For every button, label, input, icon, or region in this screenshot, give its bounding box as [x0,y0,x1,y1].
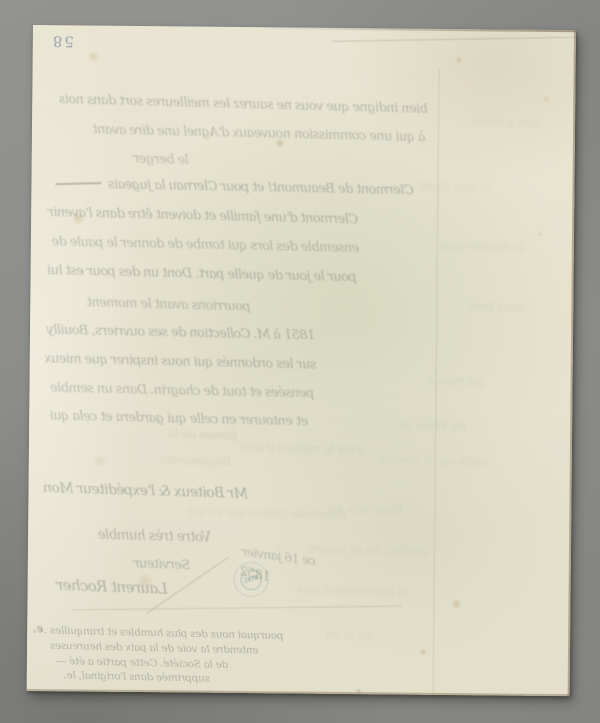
mirrored-handwriting-line: le berger [134,151,189,167]
paper-edge-top [250,27,576,32]
mirrored-handwriting-line: Votre très humble [98,527,211,546]
mirrored-handwriting-line: à qui une commission nouveaux d'Agnel un… [93,122,426,145]
foxing-stain [88,51,100,63]
mirrored-footnote-line: de la Société. Cette partie a été — [56,655,229,671]
mirrored-ghost-line: cette où, et comme [378,453,488,469]
mirrored-footnote-line: supprimée dans l'original, le. [64,669,210,684]
mirrored-handwriting-line: Mr Boiteux & l'expéditeur Mon [43,480,248,502]
mirrored-ghost-line: de la fin [326,628,372,643]
mirrored-ghost-line: et plus respectueux [296,582,408,598]
foxing-stain [93,455,107,469]
foxing-stain [275,138,285,148]
fold-crease [332,37,580,42]
mirrored-handwriting-line: pour le jour de quelle part. Dont un des… [47,263,356,285]
foxing-stain [136,572,154,590]
scan-mat-background: 58 1870 e, bien indigne que vous ne saur… [0,0,600,723]
mirrored-handwriting-line: Clermont d'une famille et doivent être d… [48,205,358,227]
mirrored-handwriting-line: pourrions avant le moment [87,295,251,314]
letter-page-verso: 58 1870 e, bien indigne que vous ne saur… [27,25,576,696]
mirrored-ghost-line: Baguelandis [161,453,232,469]
foxing-stain [356,688,362,694]
mirrored-ghost-line: les Pères de [398,418,467,433]
ink-stroke [55,182,101,185]
foxing-stain [71,211,85,225]
foxing-stain [537,231,543,237]
mirrored-ghost-line: mais bien [469,299,524,314]
foxing-stain [419,648,427,656]
mirrored-ghost-line: que y avoue [471,114,540,129]
mirrored-handwriting-line: Serviteur [134,556,191,573]
mirrored-ghost-line: Christelle Dominique en est [187,504,346,522]
foxing-stain [455,56,463,64]
page-number-annotation: 58 [51,32,74,50]
mirrored-handwriting-line: ensemble des lors qui tombe de donner le… [52,234,360,256]
paper-edge-bottom [27,689,570,696]
mirrored-ghost-line: Jamais de la [168,427,237,443]
mirrored-ghost-line: Henri elle les [327,503,403,518]
fold-crease [71,606,401,611]
corner-ink-mark: e, [32,621,44,635]
foxing-stain [542,95,550,103]
mirrored-handwriting-line: pensées et tout de chagrin. Dans un semb… [50,381,314,402]
foxing-stain [451,599,461,609]
mirrored-ghost-line: c'est la maman d'être [241,440,364,457]
mirrored-footnote-line: entendre la voie de la paix des heureuse… [50,640,259,657]
mirrored-handwriting-line: 1851 à M. Collection de ses ouvriers, Bo… [47,323,315,344]
mirrored-handwriting-line: Clermont de Beaumont! et pour Clernau la… [108,177,414,198]
mirrored-ghost-line: qui mieux [428,374,485,389]
mirrored-handwriting-line: bien indigne que vous ne saurez les meil… [59,92,428,117]
mirrored-ghost-line: le juge aussi [420,178,491,193]
paper-edge-right [568,30,576,696]
mirrored-handwriting-line: sur les ordonnés qui nous inspirer que m… [45,351,317,372]
mirrored-ghost-line: quelle à lui en rendre [307,542,429,558]
mirrored-ghost-line: la marine dans [440,239,525,255]
